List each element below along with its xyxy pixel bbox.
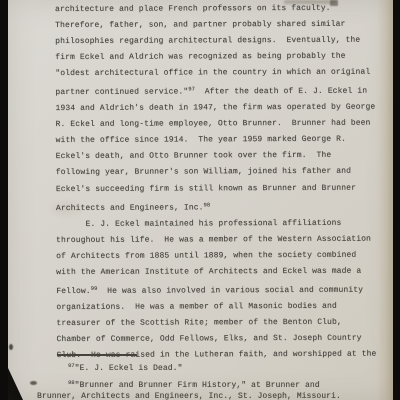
text-line: throughout his life. He was a member of … — [56, 231, 384, 248]
text-line: Brunner, Architects and Engineers, Inc.,… — [37, 392, 385, 400]
text-line: E. J. Eckel maintained his professional … — [56, 215, 384, 232]
text-line: 97"E. J. Eckel is Dead." — [37, 361, 385, 375]
text-line: Eckel's death, and Otto Brunner took ove… — [56, 148, 384, 165]
footnote-marker: 97 — [68, 362, 75, 369]
ink-speck — [9, 344, 13, 350]
footnote-area: 97"E. J. Eckel is Dead."98"Brunner and B… — [37, 354, 385, 400]
text-line: partner continued service."97 After the … — [55, 81, 383, 101]
scanned-page: architecture and place French professors… — [8, 0, 393, 400]
footnote: 97"E. J. Eckel is Dead." — [37, 361, 385, 375]
text-line: "oldest architectural office in the coun… — [55, 65, 383, 82]
text-line: 98"Brunner and Brunner Firm History," at… — [37, 378, 385, 392]
footnote: 98"Brunner and Brunner Firm History," at… — [37, 378, 385, 400]
ink-speck — [30, 381, 37, 385]
footnote-separator-rule — [57, 354, 137, 356]
page-corner-shadow — [8, 368, 23, 400]
text-line: Eckel's succeeding firm is still known a… — [56, 180, 384, 197]
footnote-marker: 98 — [68, 379, 75, 386]
text-line: R. Eckel and long-time employee, Otto Br… — [56, 116, 384, 133]
text-line: with the office since 1914. The year 195… — [56, 132, 384, 149]
text-line: architecture and place French professors… — [55, 1, 383, 18]
text-line: Chamber of Commerce, Odd Fellows, Elks, … — [56, 331, 384, 348]
text-line: organizations. He was a member of all Ma… — [56, 298, 384, 315]
text-line: of Architects from 1885 until 1889, when… — [56, 247, 384, 264]
text-line: philosophies regarding architectural des… — [55, 33, 383, 50]
footnote-marker: 98 — [203, 201, 210, 208]
text-line: Fellow.99 He was also involved in variou… — [56, 279, 384, 299]
text-line: following year, Brunner's son William, j… — [56, 164, 384, 181]
text-line: treasurer of the Scottish Rite; member o… — [56, 314, 384, 331]
text-line: Architects and Engineers, Inc.98 — [56, 196, 384, 216]
footnote-list: 97"E. J. Eckel is Dead."98"Brunner and B… — [37, 361, 385, 400]
text-line: firm Eckel and Aldrich was recognized as… — [55, 49, 383, 66]
text-line: Therefore, father, son, and partner prob… — [55, 17, 383, 34]
typewritten-text-block: architecture and place French professors… — [55, 1, 385, 364]
text-line: 1934 and Aldrich's death in 1947, the fi… — [55, 100, 383, 117]
text-line: with the American Institute of Architect… — [56, 263, 384, 280]
